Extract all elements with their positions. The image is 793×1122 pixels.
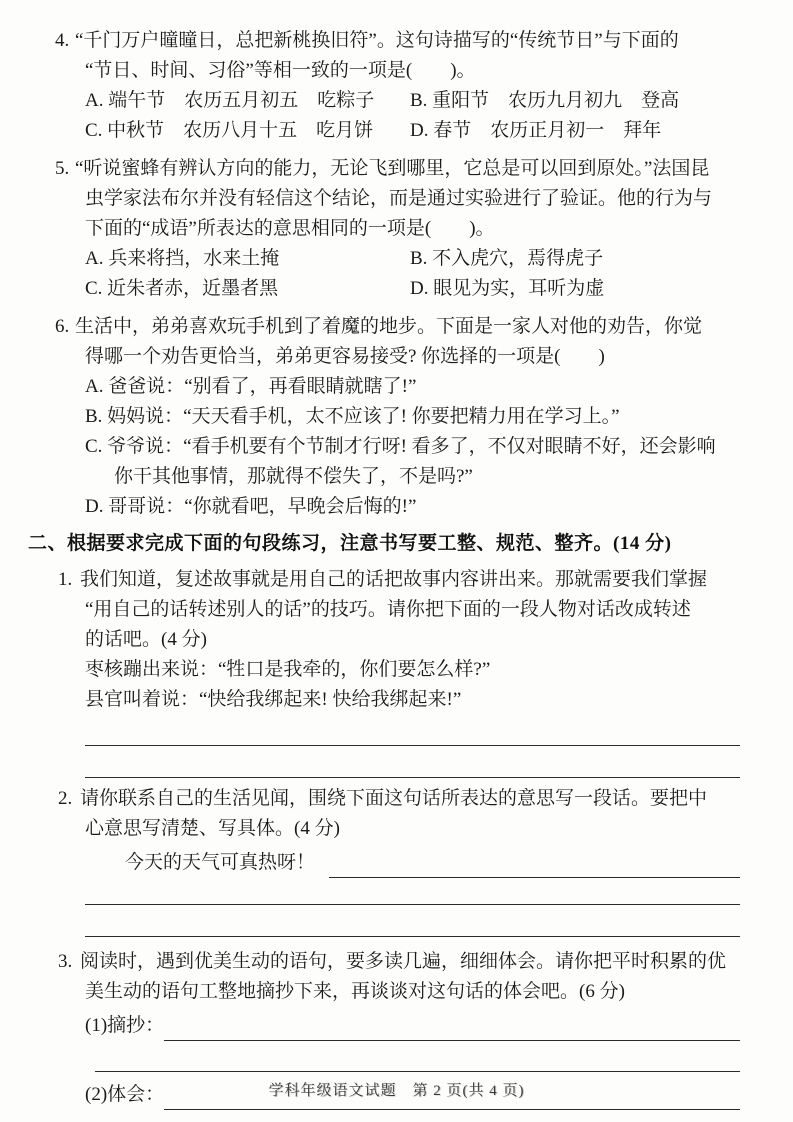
question-6-line-2: 得哪一个劝告更恰当，弟弟更容易接受? 你选择的一项是( ) — [0, 342, 793, 372]
question-6-number: 6. — [55, 312, 75, 342]
question-5-options-row-2: C. 近朱者赤，近墨者黑D. 眼见为实，耳听为虚 — [0, 274, 793, 304]
question-6: 6.生活中，弟弟喜欢玩手机到了着魔的地步。下面是一家人对他的劝告，你觉 得哪一个… — [0, 312, 793, 522]
question-4-options-row-2: C. 中秋节 农历八月十五 吃月饼D. 春节 农历正月初一 拜年 — [0, 116, 793, 146]
exercise-1-line-2: “用自己的话转述别人的话”的技巧。请你把下面的一段人物对话改成转述 — [0, 595, 793, 625]
option-c: C. 近朱者赤，近墨者黑 — [85, 274, 410, 304]
question-4-options-row-1: A. 端午节 农历五月初五 吃粽子B. 重阳节 农历九月初九 登高 — [0, 86, 793, 116]
option-a: A. 端午节 农历五月初五 吃粽子 — [85, 86, 410, 116]
question-6-line-1: 6.生活中，弟弟喜欢玩手机到了着魔的地步。下面是一家人对他的劝告，你觉 — [0, 312, 793, 342]
exercise-2-text: 请你联系自己的生活见闻，围绕下面这句话所表达的意思写一段话。要把中 — [80, 788, 707, 809]
exercise-2: 2.请你联系自己的生活见闻，围绕下面这句话所表达的意思写一段话。要把中 心意思写… — [0, 784, 793, 937]
question-5: 5.“听说蜜蜂有辨认方向的能力，无论飞到哪里，它总是可以回到原处。”法国昆 虫学… — [0, 154, 793, 304]
dialog-line-1: 枣核蹦出来说：“牲口是我牵的，你们要怎么样?” — [0, 655, 793, 685]
question-5-text: “听说蜜蜂有辨认方向的能力，无论飞到哪里，它总是可以回到原处。”法国昆 — [75, 158, 709, 179]
exercise-1-line-3: 的话吧。(4 分) — [0, 625, 793, 655]
question-6-text: 生活中，弟弟喜欢玩手机到了着魔的地步。下面是一家人对他的劝告，你觉 — [75, 316, 702, 337]
exercise-2-line-1: 2.请你联系自己的生活见闻，围绕下面这句话所表达的意思写一段话。要把中 — [0, 784, 793, 814]
question-5-line-2: 虫学家法布尔并没有轻信这个结论，而是通过实验进行了验证。他的行为与 — [0, 184, 793, 214]
page-footer: 学科年级语文试题 第 2 页(共 4 页) — [0, 1079, 793, 1100]
option-d: D. 哥哥说：“你就看吧，早晚会后悔的!” — [0, 492, 793, 522]
question-4-line-2: “节日、时间、习俗”等相一致的一项是( )。 — [0, 56, 793, 86]
question-5-options-row-1: A. 兵来将挡，水来土掩B. 不入虎穴，焉得虎子 — [0, 244, 793, 274]
exercise-3-line-2: 美生动的语句工整地摘抄下来，再谈谈对这句话的体会吧。(6 分) — [0, 977, 793, 1007]
exercise-3-number: 3. — [58, 947, 80, 977]
question-4-number: 4. — [55, 26, 75, 56]
exercise-1: 1.我们知道，复述故事就是用自己的话把故事内容讲出来。那就需要我们掌握 “用自己… — [0, 565, 793, 778]
exercise-1-line-1: 1.我们知道，复述故事就是用自己的话把故事内容讲出来。那就需要我们掌握 — [0, 565, 793, 595]
dialog-line-2: 县官叫着说：“快给我绑起来! 快给我绑起来!” — [0, 685, 793, 715]
question-4-line-1: 4.“千门万户曈曈日，总把新桃换旧符”。这句诗描写的“传统节日”与下面的 — [0, 26, 793, 56]
question-4: 4.“千门万户曈曈日，总把新桃换旧符”。这句诗描写的“传统节日”与下面的 “节日… — [0, 26, 793, 146]
exercise-3-text: 阅读时，遇到优美生动的语句，要多读几遍，细细体会。请你把平时积累的优 — [80, 951, 726, 972]
question-4-text: “千门万户曈曈日，总把新桃换旧符”。这句诗描写的“传统节日”与下面的 — [75, 30, 679, 51]
exercise-2-line-2: 心意思写清楚、写具体。(4 分) — [0, 814, 793, 844]
option-a: A. 兵来将挡，水来土掩 — [85, 244, 410, 274]
option-b: B. 不入虎穴，焉得虎子 — [410, 244, 603, 274]
excerpt-row: (1)摘抄： — [0, 1011, 740, 1041]
option-a: A. 爸爸说：“别看了，再看眼睛就瞎了!” — [0, 372, 793, 402]
option-c-line-2: 你干其他事情，那就得不偿失了，不是吗?” — [0, 462, 793, 492]
answer-line — [85, 746, 740, 778]
option-d: D. 春节 农历正月初一 拜年 — [410, 116, 661, 146]
answer-line — [95, 1049, 740, 1072]
sentence-prompt-row: 今天的天气可真热呀！ — [0, 848, 740, 878]
exercise-1-number: 1. — [58, 565, 80, 595]
page-content: 4.“千门万户曈曈日，总把新桃换旧符”。这句诗描写的“传统节日”与下面的 “节日… — [0, 0, 793, 1110]
test-paper-page: 4.“千门万户曈曈日，总把新桃换旧符”。这句诗描写的“传统节日”与下面的 “节日… — [0, 0, 793, 1122]
answer-line — [164, 1014, 740, 1041]
option-d: D. 眼见为实，耳听为虚 — [410, 274, 604, 304]
answer-line — [85, 882, 740, 905]
exercise-3-line-1: 3.阅读时，遇到优美生动的语句，要多读几遍，细细体会。请你把平时积累的优 — [0, 947, 793, 977]
option-c: C. 中秋节 农历八月十五 吃月饼 — [85, 116, 410, 146]
excerpt-label: (1)摘抄： — [85, 1011, 164, 1041]
option-b: B. 重阳节 农历九月初九 登高 — [410, 86, 679, 116]
answer-line — [85, 723, 740, 746]
option-b: B. 妈妈说：“天天看手机，太不应该了! 你要把精力用在学习上。” — [0, 402, 793, 432]
option-c-line-1: C. 爷爷说：“看手机要有个节制才行呀! 看多了，不仅对眼睛不好，还会影响 — [0, 432, 793, 462]
question-5-line-1: 5.“听说蜜蜂有辨认方向的能力，无论飞到哪里，它总是可以回到原处。”法国昆 — [0, 154, 793, 184]
sentence-prompt: 今天的天气可真热呀！ — [125, 848, 315, 878]
exercise-1-text: 我们知道，复述故事就是用自己的话把故事内容讲出来。那就需要我们掌握 — [80, 569, 707, 590]
answer-line — [329, 851, 740, 878]
answer-line — [85, 905, 740, 937]
question-5-line-3: 下面的“成语”所表达的意思相同的一项是( )。 — [0, 214, 793, 244]
exercise-2-number: 2. — [58, 784, 80, 814]
section-2-header: 二、根据要求完成下面的句段练习，注意书写要工整、规范、整齐。(14 分) — [0, 528, 793, 559]
question-5-number: 5. — [55, 154, 75, 184]
